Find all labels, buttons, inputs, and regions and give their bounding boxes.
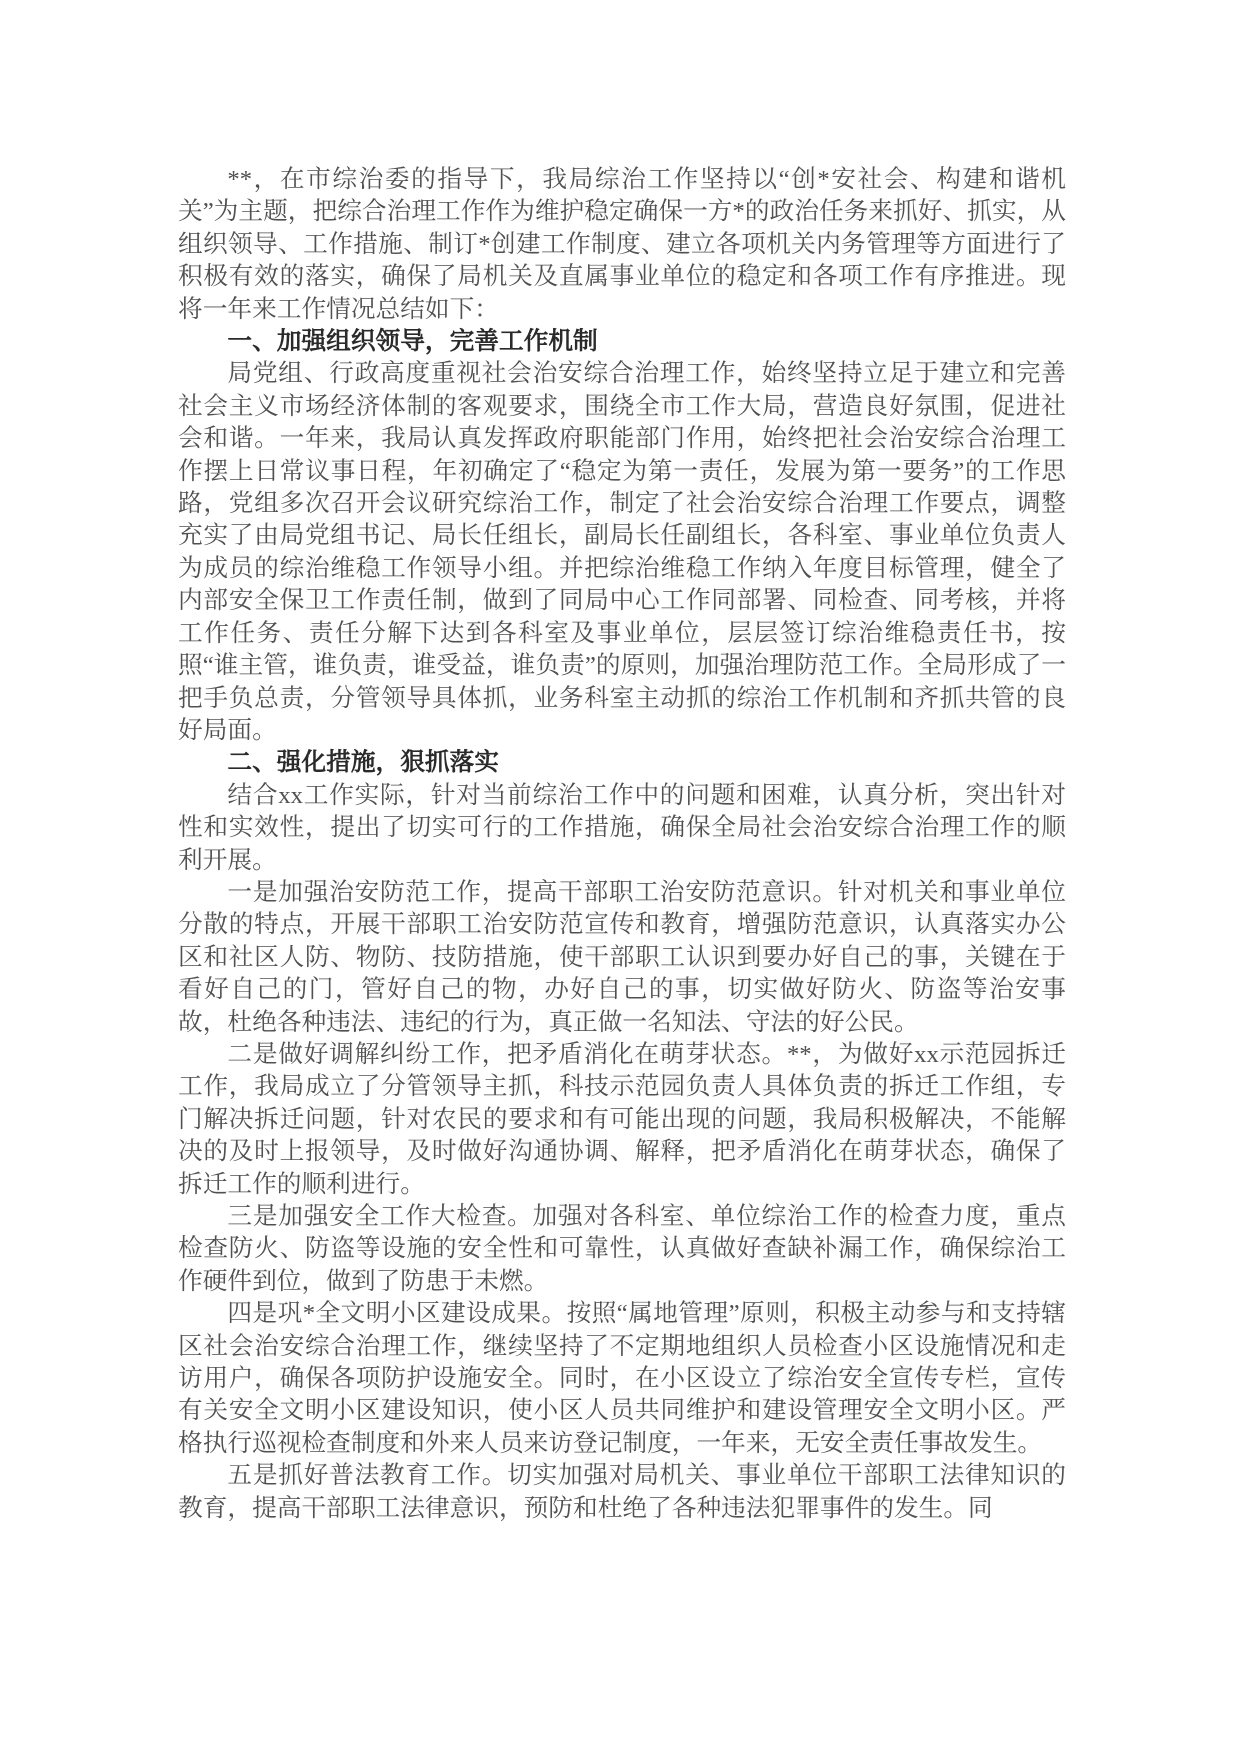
paragraph-item-5: 五是抓好普法教育工作。切实加强对局机关、事业单位干部职工法律知识的教育，提高干部…: [178, 1460, 1066, 1525]
paragraph-intro: **，在市综治委的指导下，我局综治工作坚持以“创*安社会、构建和谐机关”为主题，…: [178, 164, 1066, 326]
document-page: **，在市综治委的指导下，我局综治工作坚持以“创*安社会、构建和谐机关”为主题，…: [178, 164, 1066, 1525]
paragraph-item-2: 二是做好调解纠纷工作，把矛盾消化在萌芽状态。**，为做好xx示范园拆迁工作，我局…: [178, 1039, 1066, 1201]
paragraph-item-3: 三是加强安全工作大检查。加强对各科室、单位综治工作的检查力度，重点检查防火、防盗…: [178, 1201, 1066, 1298]
paragraph-item-1: 一是加强治安防范工作，提高干部职工治安防范意识。针对机关和事业单位分散的特点，开…: [178, 877, 1066, 1039]
paragraph-item-4: 四是巩*全文明小区建设成果。按照“属地管理”原则，积极主动参与和支持辖区社会治安…: [178, 1298, 1066, 1460]
document-viewer: { "page": { "background_color": "#ffffff…: [0, 0, 1240, 1754]
section-heading-2: 二、强化措施，狠抓落实: [178, 747, 1066, 779]
section-heading-1: 一、加强组织领导，完善工作机制: [178, 326, 1066, 358]
paragraph-section-1: 局党组、行政高度重视社会治安综合治理工作，始终坚持立足于建立和完善社会主义市场经…: [178, 358, 1066, 747]
paragraph-section-2-intro: 结合xx工作实际，针对当前综治工作中的问题和困难，认真分析，突出针对性和实效性，…: [178, 780, 1066, 877]
